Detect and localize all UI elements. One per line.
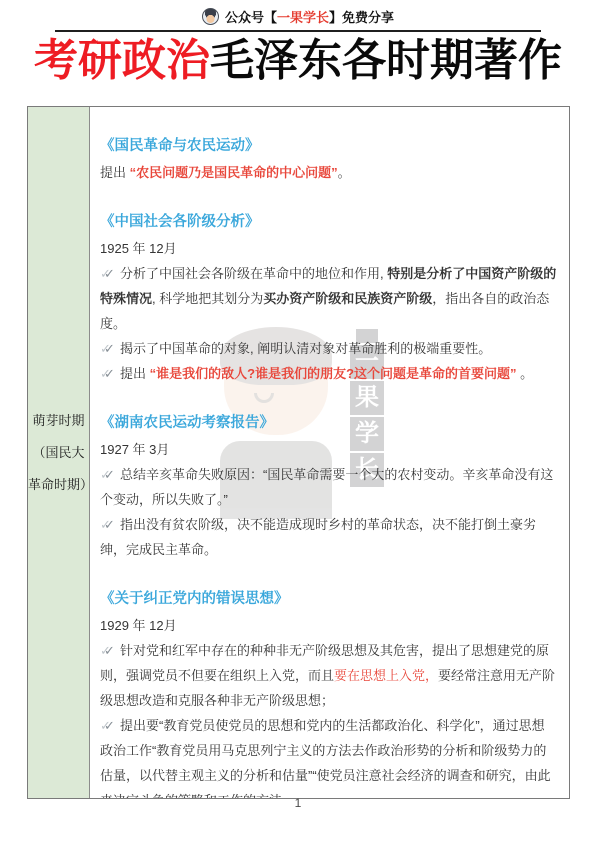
text-segment: 提出 (120, 366, 150, 381)
check-icon: ✓ (100, 336, 120, 361)
work-item: ✓提出要“教育党员使党员的思想和党内的生活都政治化、科学化”，通过思想政治工作“… (100, 713, 557, 798)
text-segment: 。 (338, 165, 351, 180)
works-table: 萌芽时期 （国民大 革命时期） 一果学长 《国民革命与农民运动》提出 “农民问题… (27, 106, 570, 799)
period-label: 萌芽时期 （国民大 革命时期） (28, 405, 89, 501)
check-icon: ✓ (100, 713, 120, 738)
period-line: 萌芽时期 (28, 405, 89, 437)
text-segment: 要在思想上入党， (334, 668, 438, 683)
period-cell: 萌芽时期 （国民大 革命时期） (28, 107, 90, 798)
document-page: 公众号【一果学长】免费分享 考研政治毛泽东各时期著作 萌芽时期 （国民大 革命时… (0, 0, 596, 842)
work-date: 1927 年 3月 (100, 437, 557, 462)
text-segment: 。 (517, 366, 534, 381)
page-title: 考研政治毛泽东各时期著作 (0, 39, 596, 83)
check-icon: ✓ (100, 638, 120, 663)
work-title: 《中国社会各阶级分析》 (100, 210, 557, 235)
work-section: 《国民革命与农民运动》提出 “农民问题乃是国民革命的中心问题”。 (100, 134, 557, 185)
check-icon: ✓ (100, 512, 120, 537)
page-title-black: 毛泽东各时期著作 (210, 36, 562, 85)
header-text: 公众号【一果学长】免费分享 (225, 7, 394, 26)
text-segment: 提出要“教育党员使党员的思想和党内的生活都政治化、科学化”，通过思想政治工作“教… (100, 718, 551, 798)
text-segment: 指出没有贫农阶级，决不能造成现时乡村的革命状态，决不能打倒土豪劣绅，完成民主革命… (100, 517, 536, 557)
text-segment: , 科学地把其划分为 (152, 291, 263, 306)
period-line: 革命时期） (28, 469, 89, 501)
text-segment: 分析了中国社会各阶级在革命中的地位和作用, (120, 266, 387, 281)
text-segment: 提出 (100, 165, 130, 180)
work-item: ✓揭示了中国革命的对象, 阐明认清对象对革命胜利的极端重要性。 (100, 336, 557, 361)
yiguo-avatar-icon (202, 8, 219, 25)
text-segment: 总结辛亥革命失败原因：“国民革命需要一个大的农村变动。辛亥革命没有这个变动，所以… (100, 467, 553, 507)
work-date: 1925 年 12月 (100, 236, 557, 261)
check-icon: ✓ (100, 361, 120, 386)
work-item: ✓针对党和红军中存在的种种非无产阶级思想及其危害，提出了思想建党的原则，强调党员… (100, 638, 557, 713)
work-item: ✓分析了中国社会各阶级在革命中的地位和作用, 特别是分析了中国资产阶级的特殊情况… (100, 261, 557, 336)
work-title: 《关于纠正党内的错误思想》 (100, 587, 557, 612)
text-segment: “谁是我们的敌人?谁是我们的朋友?这个问题是革命的首要问题” (150, 366, 517, 381)
text-segment: 揭示了中国革命的对象, 阐明认清对象对革命胜利的极端重要性。 (120, 341, 491, 356)
work-item: ✓总结辛亥革命失败原因：“国民革命需要一个大的农村变动。辛亥革命没有这个变动，所… (100, 462, 557, 512)
work-item: ✓提出 “谁是我们的敌人?谁是我们的朋友?这个问题是革命的首要问题” 。 (100, 361, 557, 386)
work-title: 《国民革命与农民运动》 (100, 134, 557, 159)
check-icon: ✓ (100, 261, 120, 286)
work-section: 《中国社会各阶级分析》1925 年 12月✓分析了中国社会各阶级在革命中的地位和… (100, 210, 557, 386)
text-segment: 买办资产阶级和民族资产阶级 (263, 291, 432, 306)
header-suffix: 】免费分享 (329, 10, 394, 25)
header-divider (55, 30, 541, 32)
work-section: 《关于纠正党内的错误思想》1929 年 12月✓针对党和红军中存在的种种非无产阶… (100, 587, 557, 798)
page-number: 1 (0, 796, 596, 810)
text-segment: “农民问题乃是国民革命的中心问题” (130, 165, 338, 180)
work-section: 《湖南农民运动考察报告》1927 年 3月✓总结辛亥革命失败原因：“国民革命需要… (100, 411, 557, 562)
page-header: 公众号【一果学长】免费分享 (0, 0, 596, 26)
works-list: 《国民革命与农民运动》提出 “农民问题乃是国民革命的中心问题”。《中国社会各阶级… (100, 134, 557, 798)
works-cell: 一果学长 《国民革命与农民运动》提出 “农民问题乃是国民革命的中心问题”。《中国… (90, 107, 569, 798)
page-title-red: 考研政治 (34, 36, 210, 85)
header-brand: 一果学长 (277, 10, 329, 25)
header-prefix: 公众号【 (225, 10, 277, 25)
work-item: 提出 “农民问题乃是国民革命的中心问题”。 (100, 160, 557, 185)
work-title: 《湖南农民运动考察报告》 (100, 411, 557, 436)
work-item: ✓指出没有贫农阶级，决不能造成现时乡村的革命状态，决不能打倒土豪劣绅，完成民主革… (100, 512, 557, 562)
period-line: （国民大 (28, 437, 89, 469)
work-date: 1929 年 12月 (100, 613, 557, 638)
check-icon: ✓ (100, 462, 120, 487)
